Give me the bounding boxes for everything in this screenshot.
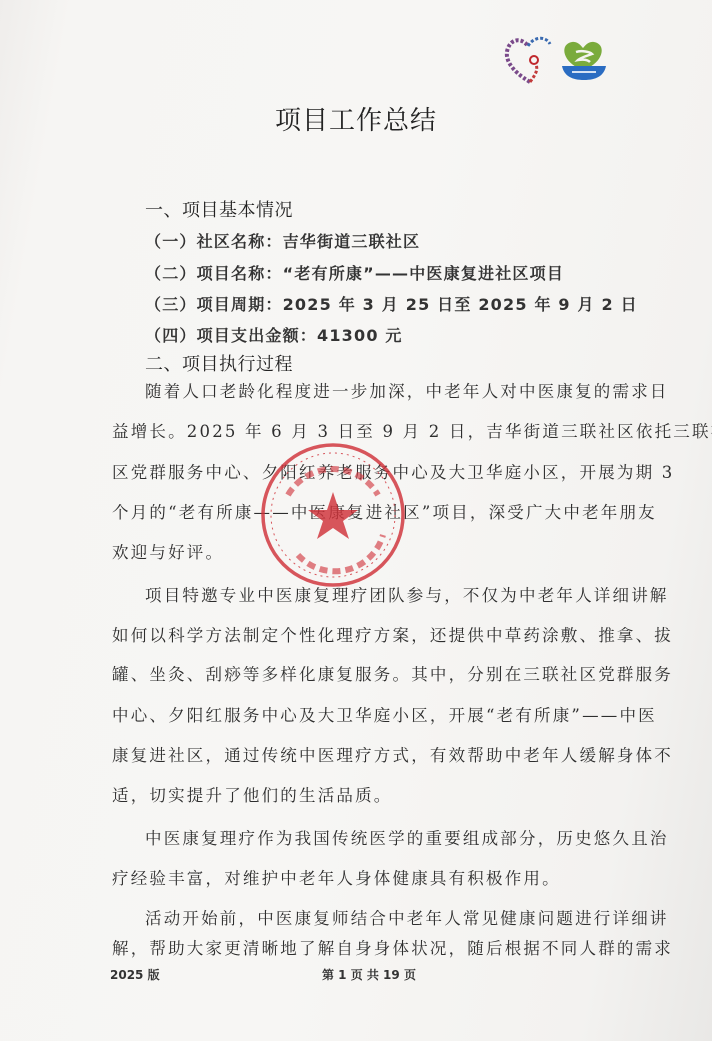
- paragraph-line: 中心、夕阳红服务中心及大卫华庭小区，开展“老有所康”——中医: [112, 702, 657, 726]
- section-heading: 一、项目基本情况: [145, 196, 293, 222]
- paragraph-line: 适，切实提升了他们的生活品质。: [112, 782, 393, 806]
- paragraph-line: 解，帮助大家更清晰地了解自身身体状况，随后根据不同人群的需求: [112, 935, 673, 959]
- logos: [500, 30, 620, 90]
- paragraph-line: 中医康复理疗作为我国传统医学的重要组成部分，历史悠久且治: [145, 825, 669, 849]
- page-title: 项目工作总结: [0, 100, 712, 137]
- party-heart-logo-icon: [507, 38, 550, 82]
- footer-page-number: 第 1 页 共 19 页: [322, 966, 416, 983]
- paragraph-line: 如何以科学方法制定个性化理疗方案，还提供中草药涂敷、推拿、拔: [112, 622, 673, 646]
- section-heading: 二、项目执行过程: [145, 350, 293, 376]
- paragraph-line: 疗经验丰富，对维护中老年人身体健康具有积极作用。: [112, 865, 561, 889]
- info-item: （三）项目周期：2025 年 3 月 25 日至 2025 年 9 月 2 日: [145, 292, 638, 315]
- info-item: （四）项目支出金额：41300 元: [145, 323, 403, 346]
- document-page: 项目工作总结 一、项目基本情况 （一）社区名称：吉华街道三联社区 （二）项目名称…: [0, 0, 712, 1041]
- info-item: （一）社区名称：吉华街道三联社区: [145, 229, 420, 252]
- paragraph-line: 欢迎与好评。: [112, 539, 224, 563]
- official-seal-icon: [258, 440, 408, 590]
- paragraph-line: 随着人口老龄化程度进一步加深，中老年人对中医康复的需求日: [145, 378, 669, 402]
- paragraph-line: 益增长。2025 年 6 月 3 日至 9 月 2 日，吉华街道三联社区依托三联…: [112, 418, 712, 442]
- footer-version: 2025 版: [110, 966, 160, 983]
- paragraph-line: 罐、坐灸、刮痧等多样化康复服务。其中，分别在三联社区党群服务: [112, 661, 673, 685]
- paragraph-line: 活动开始前，中医康复师结合中老年人常见健康问题进行详细讲: [145, 905, 669, 929]
- community-health-logo-icon: [562, 42, 606, 80]
- paragraph-line: 康复进社区，通过传统中医理疗方式，有效帮助中老年人缓解身体不: [112, 742, 673, 766]
- info-item: （二）项目名称：“老有所康”——中医康复进社区项目: [145, 261, 564, 284]
